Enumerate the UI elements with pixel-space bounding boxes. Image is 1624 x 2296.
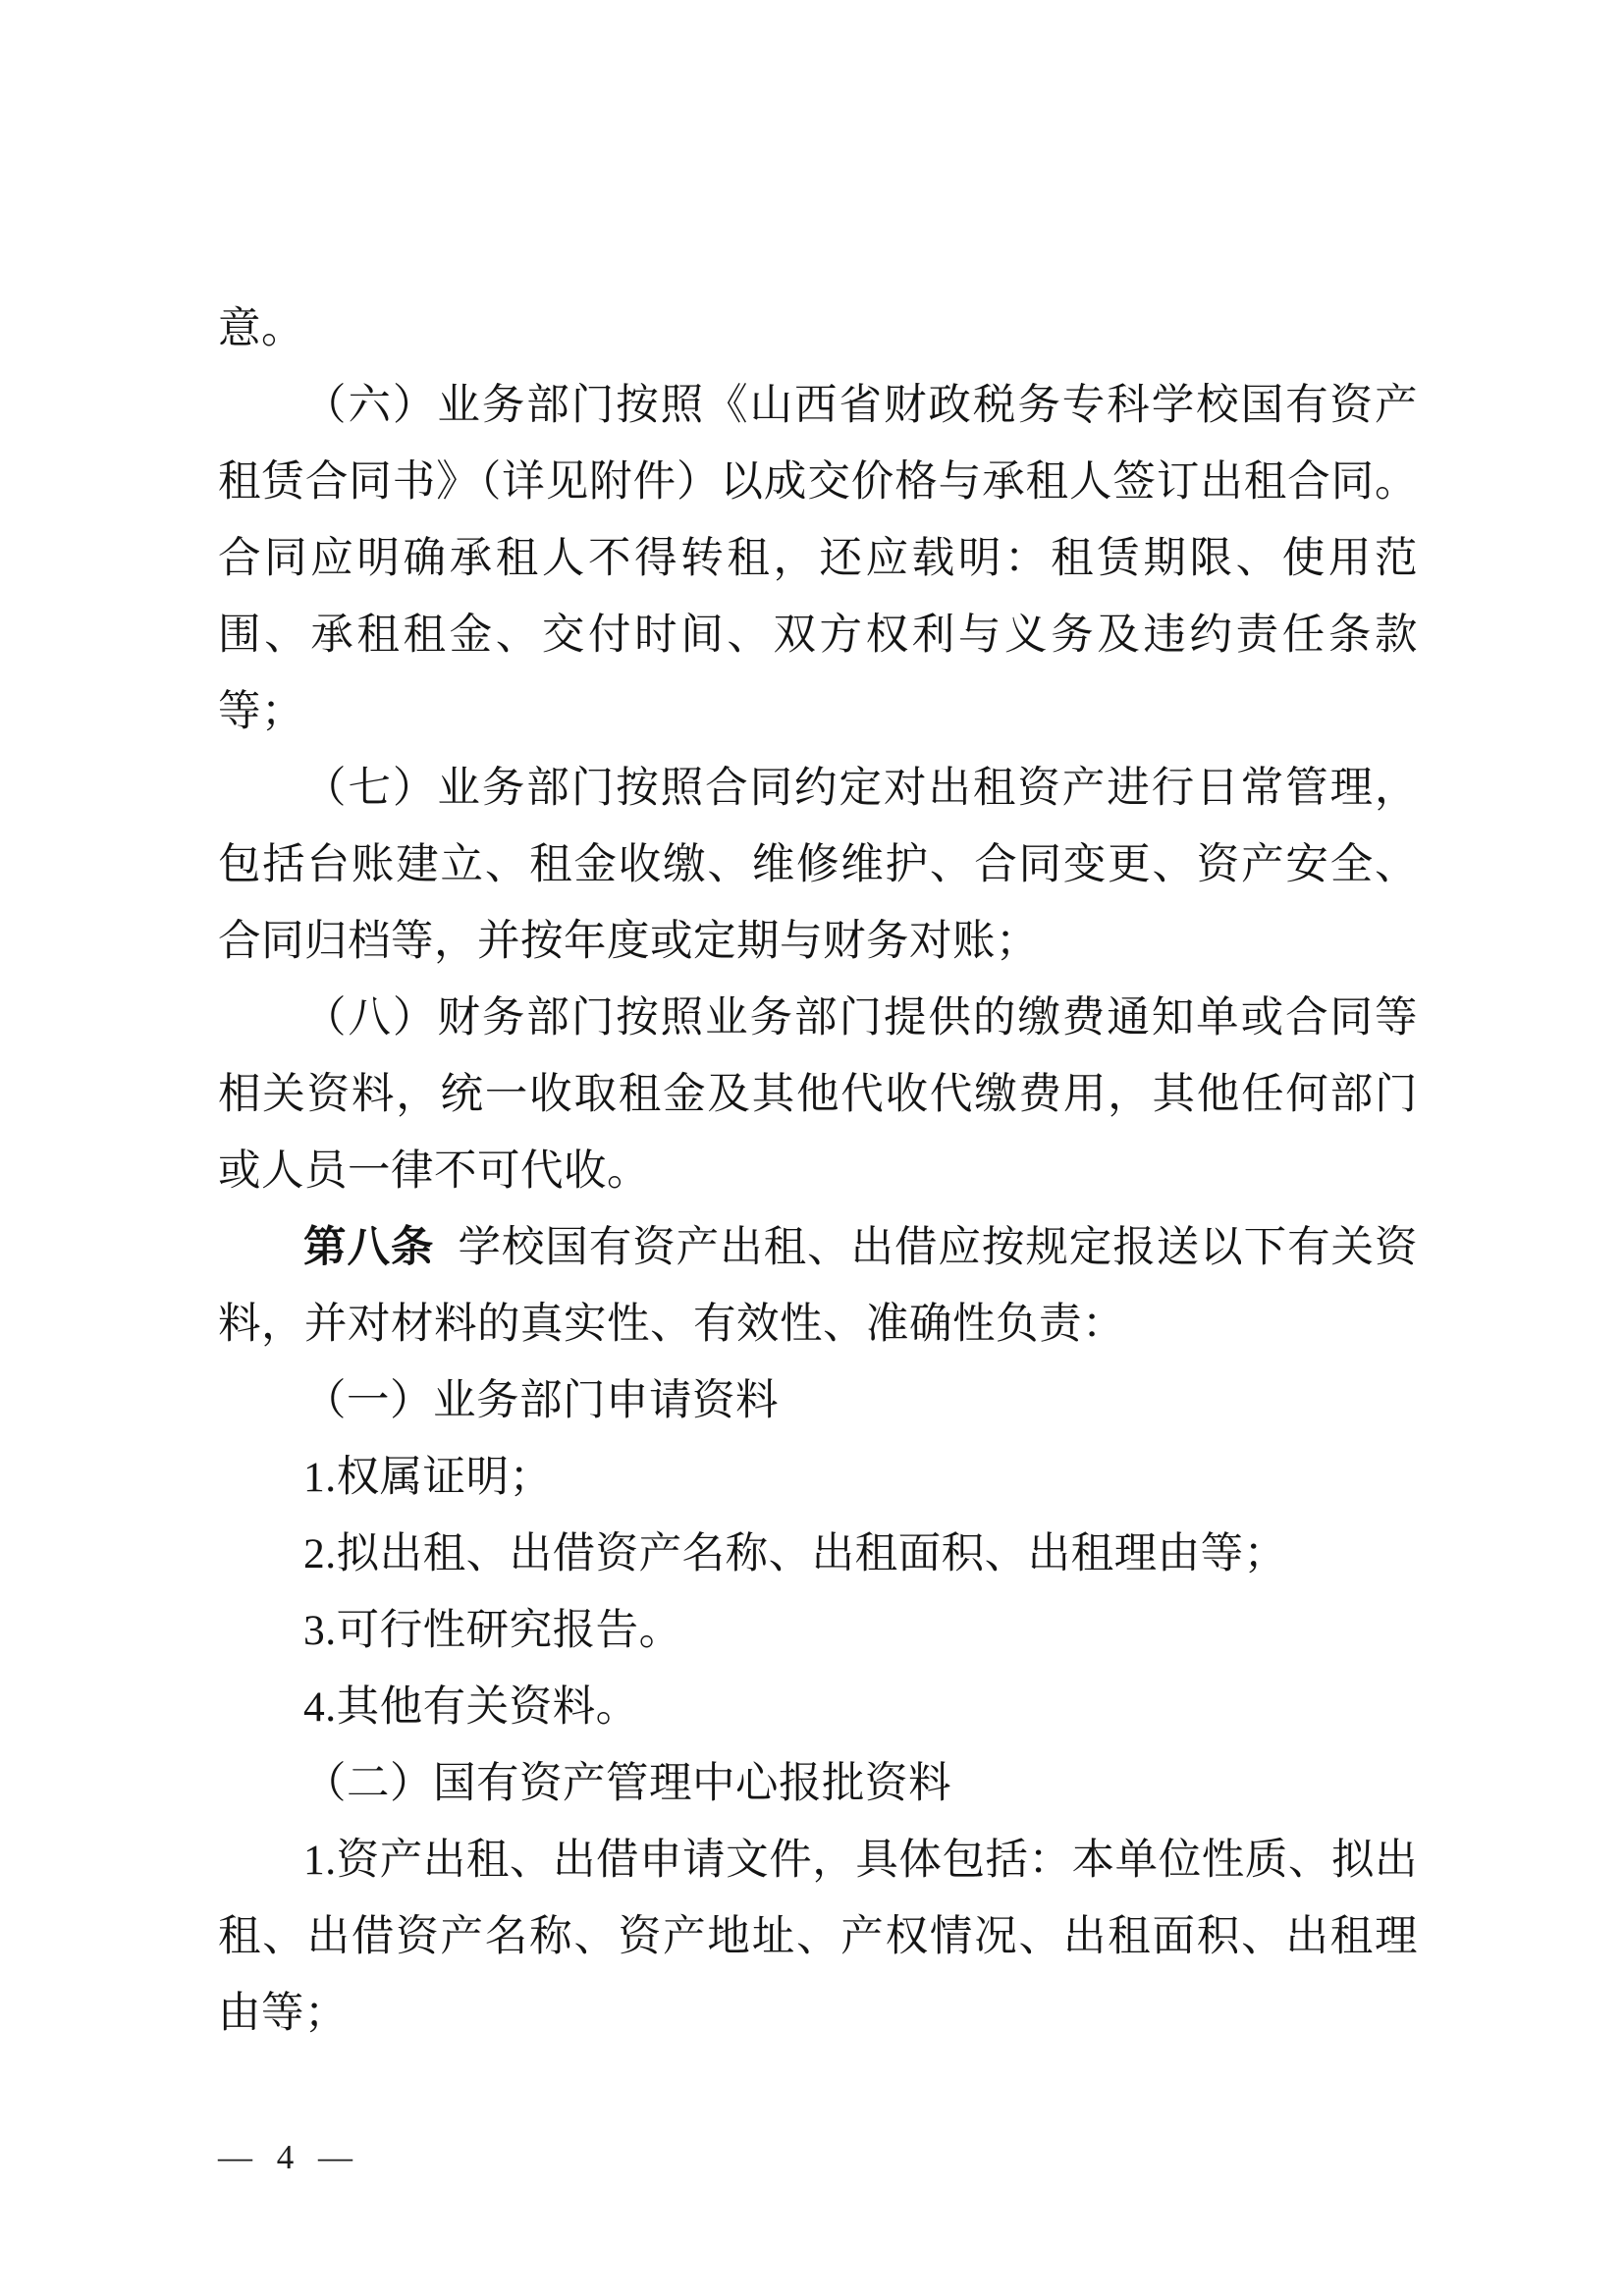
paragraph-item-seven: （七）业务部门按照合同约定对出租资产进行日常管理，包括台账建立、租金收缴、维修维… [218,750,1418,980]
document-body: 意。 （六）业务部门按照《山西省财政税务专科学校国有资产租赁合同书》（详见附件）… [218,291,1418,2052]
paragraph-list-2: 2.拟出租、出借资产名称、出租面积、出租理由等； [218,1516,1418,1592]
paragraph-list-4: 4.其他有关资料。 [218,1669,1418,1745]
paragraph-item-six: （六）业务部门按照《山西省财政税务专科学校国有资产租赁合同书》（详见附件）以成交… [218,367,1418,750]
paragraph-continuation: 意。 [218,291,1418,367]
paragraph-list-3: 3.可行性研究报告。 [218,1592,1418,1669]
paragraph-article-eight: 第八条学校国有资产出租、出借应按规定报送以下有关资料，并对材料的真实性、有效性、… [218,1209,1418,1362]
document-page: 意。 （六）业务部门按照《山西省财政税务专科学校国有资产租赁合同书》（详见附件）… [0,0,1624,2296]
article-number-label: 第八条 [303,1224,434,1271]
paragraph-item-eight: （八）财务部门按照业务部门提供的缴费通知单或合同等相关资料，统一收取租金及其他代… [218,980,1418,1209]
paragraph-subitem-two: （二）国有资产管理中心报批资料 [218,1745,1418,1822]
paragraph-list-2-1: 1.资产出租、出借申请文件，具体包括：本单位性质、拟出租、出借资产名称、资产地址… [218,1822,1418,2052]
page-number: — 4 — [218,2136,360,2179]
paragraph-subitem-one: （一）业务部门申请资料 [218,1362,1418,1439]
paragraph-list-1: 1.权属证明； [218,1439,1418,1516]
